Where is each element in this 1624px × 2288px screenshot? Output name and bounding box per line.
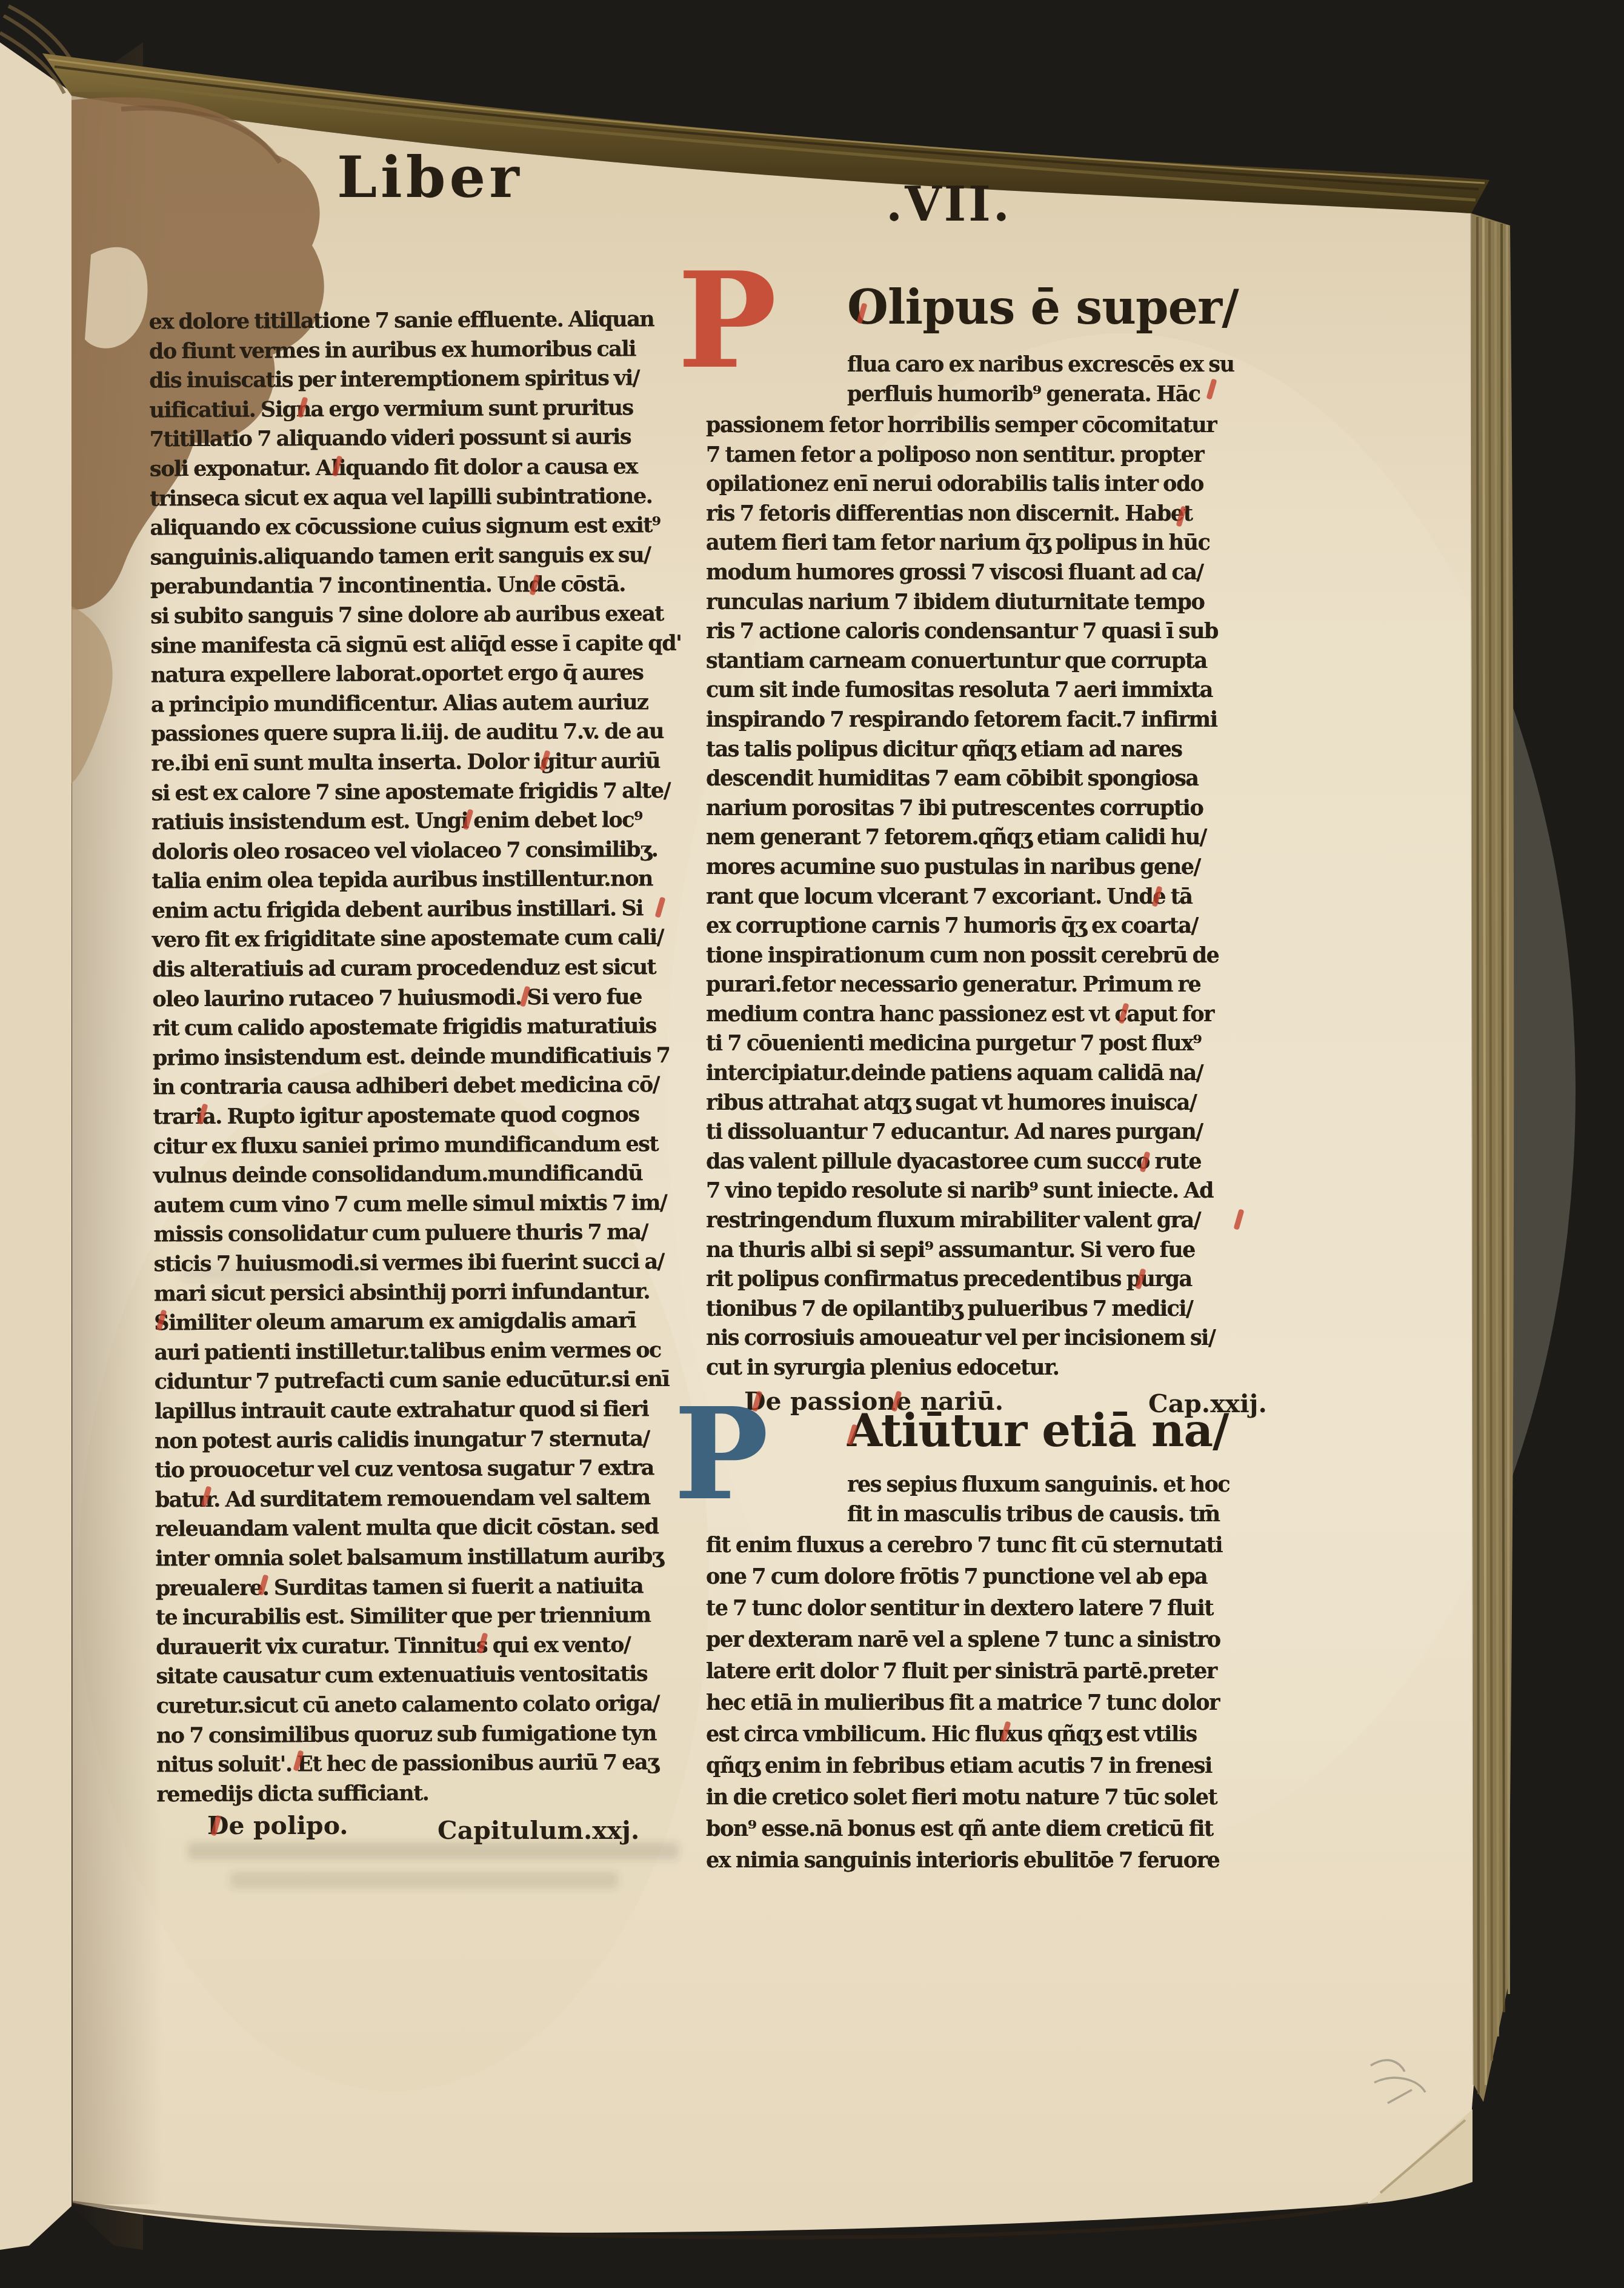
text-line: est circa vmbilicum. Hic fluxus qñqʒ est… [706,1719,1286,1750]
text-line: stantiam carneam conuertuntur que corrup… [706,647,1286,676]
text-line: te 7 tunc dolor sentitur in dextero late… [706,1593,1286,1624]
printed-text-layer: Liber .VII. ex dolore titillatione 7 san… [0,0,1624,2288]
text-line: enim actu frigida debent auribus instill… [152,894,701,926]
text-line: tio prouocetur vel cuz ventosa sugatur 7… [155,1453,703,1486]
text-line: per dexteram narē vel a splene 7 tunc a … [706,1624,1286,1656]
text-line: cut in syrurgia plenius edocetur. [706,1353,1286,1383]
text-line: releuandam valent multa que dicit cōstan… [155,1512,704,1544]
text-line: ris 7 actione caloris condensantur 7 qua… [706,617,1286,647]
text-line: traria. Rupto igitur apostemate quod cog… [153,1100,701,1132]
text-line: fit enim fluxus a cerebro 7 tunc fit cū … [706,1530,1286,1561]
text-line: nitus soluit'. Et hec de passionibus aur… [156,1748,705,1780]
text-line: opilationez enī nerui odorabilis talis i… [706,470,1286,499]
text-line: re.ibi enī sunt multa inserta. Dolor igi… [151,747,699,779]
text-line: a principio mundificentur. Alias autem a… [151,687,699,719]
section2-opening-line: Atiūtur etiā na/ [847,1404,1228,1457]
text-line: restringendum fluxum mirabiliter valent … [706,1206,1286,1236]
text-line: intercipiatur.deinde patiens aquam calid… [706,1059,1286,1089]
text-line: perabundantia 7 incontinentia. Unde cōst… [150,570,699,602]
text-line: flua caro ex naribus excrescēs ex su [847,350,1283,380]
text-line: das valent pillule dyacastoree cum succo… [706,1147,1286,1177]
text-line: in contraria causa adhiberi debet medici… [153,1070,701,1102]
text-line: perfluis humorib⁹ generata. Hāc [847,380,1283,410]
text-line: in die cretico solet fieri motu nature 7… [706,1782,1286,1813]
text-line: ratiuis insistendum est. Ungi enim debet… [151,805,700,838]
text-line: 7 tamen fetor a poliposo non sentitur. p… [706,441,1286,470]
text-line: mari sicut persici absinthij porri infun… [154,1276,702,1309]
drop-cap-red-initial: P [677,255,777,387]
text-line: rit polipus confirmatus precedentibus pu… [706,1265,1286,1295]
text-line: ex corruptione carnis 7 humoris q̄ʒ ex c… [706,912,1286,941]
running-title: Liber [337,144,523,211]
text-line: inspirando 7 respirando fetorem facit.7 … [706,705,1286,735]
text-line: tionibus 7 de opilantibʒ pulueribus 7 me… [706,1295,1286,1324]
text-line: doloris oleo rosaceo vel violaceo 7 cons… [151,835,700,867]
text-line: runculas narium 7 ibidem diuturnitate te… [706,588,1286,618]
text-line: hec etiā in mulieribus fit a matrice 7 t… [706,1687,1286,1719]
section2-indented-lines: res sepius fluxum sanguinis. et hocfit i… [847,1470,1283,1529]
text-line: tione inspirationum cum non possit cereb… [706,941,1286,971]
text-line: uificatiui. Signa ergo vermium sunt prur… [149,393,697,425]
text-line: non potest auris calidis inungatur 7 ste… [155,1424,703,1456]
text-line: rit cum calido apostemate frigidis matur… [153,1012,701,1044]
text-line: ti 7 cōuenienti medicina purgetur 7 post… [706,1029,1286,1059]
text-line: purari.fetor necessario generatur. Primu… [706,970,1286,1000]
text-line: descendit humiditas 7 eam cōbibit spongi… [706,764,1286,794]
chapter-heading-title: De polipo. [207,1811,348,1840]
text-line: tas talis polipus dicitur qñqʒ etiam ad … [706,735,1286,765]
text-line: lapillus intrauit caute extrahatur quod … [155,1395,703,1427]
text-line: talia enim olea tepida auribus instillen… [151,864,700,896]
text-line: autem cum vino 7 cum melle simul mixtis … [153,1188,702,1220]
right-text-column-section2: fit enim fluxus a cerebro 7 tunc fit cū … [706,1530,1286,1876]
right-text-column-section1: passionem fetor horribilis semper cōcomi… [706,411,1286,1383]
text-line: mores acumine suo pustulas in naribus ge… [706,853,1286,882]
text-line: sanguinis.aliquando tamen erit sanguis e… [150,540,699,572]
text-line: res sepius fluxum sanguinis. et hoc [847,1470,1283,1500]
chapter-heading-number: Capitulum.xxj. [438,1816,639,1845]
text-line: rant que locum vlcerant 7 excoriant. Und… [706,882,1286,912]
text-line: ex nimia sanguinis interioris ebulitōe 7… [706,1845,1286,1876]
left-text-column: ex dolore titillatione 7 sanie effluente… [149,305,705,1810]
text-line: fit in masculis tribus de causis. tm̄ [847,1500,1283,1530]
text-line: do fiunt vermes in auribus ex humoribus … [149,334,697,366]
text-line: passiones quere supra li.iij. de auditu … [151,717,699,749]
text-line: curetur.sicut cū aneto calamento colato … [156,1689,704,1721]
text-line: 7 vino tepido resolute si narib⁹ sunt in… [706,1176,1286,1206]
text-line: vulnus deinde consolidandum.mundificandū [153,1159,702,1191]
text-line: Similiter oleum amarum ex amigdalis amar… [154,1306,702,1338]
section1-opening-line: Olipus ē super/ [847,280,1239,335]
text-line: preualere. Surditas tamen si fuerit a na… [155,1571,704,1603]
text-line: auri patienti instilletur.talibus enim v… [154,1335,702,1367]
text-line: modum humores grossi 7 viscosi fluant ad… [706,558,1286,588]
text-line: missis consolidatur cum puluere thuris 7… [153,1218,702,1250]
text-line: nis corrosiuis amoueatur vel per incisio… [706,1324,1286,1353]
text-line: passionem fetor horribilis semper cōcomi… [706,411,1286,441]
text-line: durauerit vix curatur. Tinnitus qui ex v… [156,1630,704,1662]
text-line: cum sit inde fumositas resoluta 7 aeri i… [706,676,1286,705]
text-line: sine manifesta cā signū est aliq̄d esse … [150,629,699,661]
text-line: one 7 cum dolore frōtis 7 punctione vel … [706,1561,1286,1593]
text-line: dis inuiscatis per interemptionem spirit… [149,364,697,396]
text-line: medium contra hanc passionez est vt capu… [706,1000,1286,1030]
text-line: ciduntur 7 putrefacti cum sanie educūtur… [155,1365,703,1397]
text-line: na thuris albi si sepi⁹ assumantur. Si v… [706,1236,1286,1266]
text-line: trinseca sicut ex aqua vel lapilli subin… [150,481,698,513]
text-line: vero fit ex frigiditate sine apostemate … [152,923,701,955]
text-line: nem generant 7 fetorem.qñqʒ etiam calidi… [706,823,1286,853]
photograph-of-incunabulum-page: Liber .VII. ex dolore titillatione 7 san… [0,0,1624,2288]
section1-indented-lines: flua caro ex naribus excrescēs ex superf… [847,350,1283,409]
text-line: sticis 7 huiusmodi.si vermes ibi fuerint… [154,1247,702,1279]
text-line: si subito sanguis 7 sine dolore ab aurib… [150,599,699,632]
text-line: ris 7 fetoris differentias non discernit… [706,499,1286,529]
text-line: aliquando ex cōcussione cuius signum est… [150,511,698,543]
text-line: citur ex fluxu saniei primo mundificandu… [153,1129,702,1161]
text-line: ex dolore titillatione 7 sanie effluente… [149,305,697,337]
text-line: no 7 consimilibus quoruz sub fumigatione… [156,1718,705,1750]
text-line: remedijs dicta sufficiant. [156,1777,705,1809]
text-line: si est ex calore 7 sine apostemate frigi… [151,776,700,808]
text-line: 7titillatio 7 aliquando videri possunt s… [150,422,698,455]
text-line: bon⁹ esse.nā bonus est qñ ante diem cret… [706,1813,1286,1845]
text-line: soli exponatur. Aliquando fit dolor a ca… [150,452,698,484]
text-line: primo insistendum est. deinde mundificat… [153,1041,701,1073]
text-line: natura expellere laborat.oportet ergo q̄… [151,658,699,690]
text-line: qñqʒ enim in febribus etiam acutis 7 in … [706,1750,1286,1782]
text-line: narium porositas 7 ibi putrescentes corr… [706,794,1286,824]
text-line: inter omnia solet balsamum instillatum a… [155,1542,704,1574]
text-line: ribus attrahat atqʒ sugat vt humores inu… [706,1089,1286,1118]
text-line: autem fieri tam fetor narium q̄ʒ polipus… [706,529,1286,558]
text-line: ti dissoluantur 7 educantur. Ad nares pu… [706,1118,1286,1147]
text-line: batur. Ad surditatem remouendam vel salt… [155,1483,704,1515]
text-line: dis alteratiuis ad curam procedenduz est… [152,953,701,985]
text-line: te incurabilis est. Similiter que per tr… [156,1601,704,1633]
text-line: sitate causatur cum extenuatiuis ventosi… [156,1659,704,1692]
text-line: latere erit dolor 7 fluit per sinistrā p… [706,1656,1286,1687]
folio-number: .VII. [886,177,1012,232]
text-line: oleo laurino rutaceo 7 huiusmodi. Si ver… [152,982,701,1014]
